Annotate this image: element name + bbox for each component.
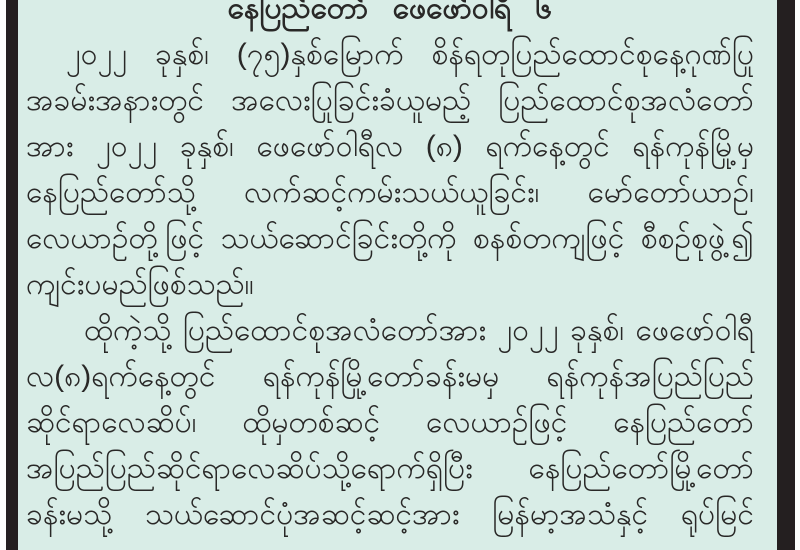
text-line: အခမ်းအနားတွင် အလေးပြုခြင်းခံယူမည့် ပြည်ထ… — [26, 78, 754, 124]
text-line: ဆိုင်ရာလေဆိပ်၊ ထိုမှတစ်ဆင့် လေယာဉ်ဖြင့် … — [26, 400, 754, 446]
paper-background: နေပြည်တော် ဖေဖော်ဝါရီ ၆ ၂၀၂၂ ခုနှစ်၊ (၇၅… — [18, 0, 777, 550]
text-line: လေယာဉ်တို့ဖြင့် သယ်ဆောင်ခြင်းတို့ကို စနစ… — [26, 216, 754, 262]
text-line: ကျင်းပမည်ဖြစ်သည်။ — [26, 262, 754, 308]
newspaper-clipping: နေပြည်တော် ဖေဖော်ဝါရီ ၆ ၂၀၂၂ ခုနှစ်၊ (၇၅… — [0, 0, 800, 550]
paragraph-1: ၂၀၂၂ ခုနှစ်၊ (၇၅)နှစ်မြောက် စိန်ရတုပြည်ထ… — [26, 32, 754, 308]
text-line: လ(၈)ရက်နေ့တွင် ရန်ကုန်မြို့တော်ခန်းမမှ ရ… — [26, 354, 754, 400]
dateline: နေပြည်တော် ဖေဖော်ဝါရီ ၆ — [26, 0, 754, 32]
frame-border-left — [6, 0, 18, 550]
text-line: အား ၂၀၂၂ ခုနှစ်၊ ဖေဖော်ဝါရီလ (၈) ရက်နေ့တ… — [26, 124, 754, 170]
text-line: ၂၀၂၂ ခုနှစ်၊ (၇၅)နှစ်မြောက် စိန်ရတုပြည်ထ… — [26, 32, 754, 78]
paragraph-2: ထိုကဲ့သို့ ပြည်ထောင်စုအလံတော်အား ၂၀၂၂ ခု… — [26, 308, 754, 538]
frame-border-right — [777, 0, 795, 550]
text-line: နေပြည်တော်သို့ လက်ဆင့်ကမ်းသယ်ယူခြင်း၊ မေ… — [26, 170, 754, 216]
text-line: ခန်းမသို့ သယ်ဆောင်ပုံအဆင့်ဆင့်အား မြန်မာ… — [26, 492, 754, 538]
text-line: အပြည်ပြည်ဆိုင်ရာလေဆိပ်သို့ရောက်ရှိပြီး န… — [26, 446, 754, 492]
text-line: ထိုကဲ့သို့ ပြည်ထောင်စုအလံတော်အား ၂၀၂၂ ခု… — [26, 308, 754, 354]
article-text-block: နေပြည်တော် ဖေဖော်ဝါရီ ၆ ၂၀၂၂ ခုနှစ်၊ (၇၅… — [26, 0, 754, 538]
